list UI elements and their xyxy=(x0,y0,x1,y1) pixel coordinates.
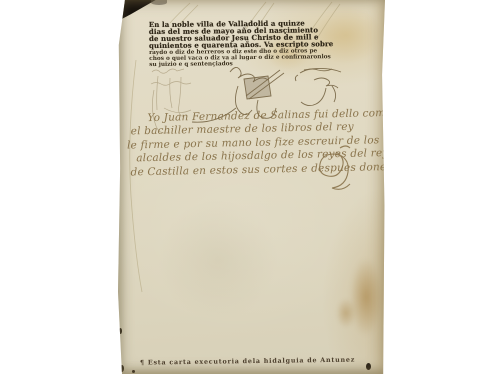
ink-speck xyxy=(366,363,371,370)
heading-text-block: En la noble villa de Valladolid a quinze… xyxy=(149,20,351,68)
ink-speck xyxy=(119,328,122,334)
archival-docket-line: ¶ Esta carta executoria dela hidalguia d… xyxy=(140,355,372,366)
age-stain xyxy=(158,200,278,320)
manuscript-photo: En la noble villa de Valladolid a quinze… xyxy=(0,0,500,374)
age-stain xyxy=(336,298,356,328)
notary-rubric-right xyxy=(295,68,341,105)
heading-line: su juizio e q sentençiados xyxy=(149,60,351,68)
notary-subscription-block: Yo Juan Fernandez de Salinas fui dello c… xyxy=(123,107,370,179)
age-stain xyxy=(350,258,382,336)
parchment-page: En la noble villa de Valladolid a quinze… xyxy=(118,0,385,374)
corner-smudge xyxy=(151,0,167,5)
ink-speck xyxy=(132,370,135,373)
ink-speck xyxy=(120,365,124,372)
